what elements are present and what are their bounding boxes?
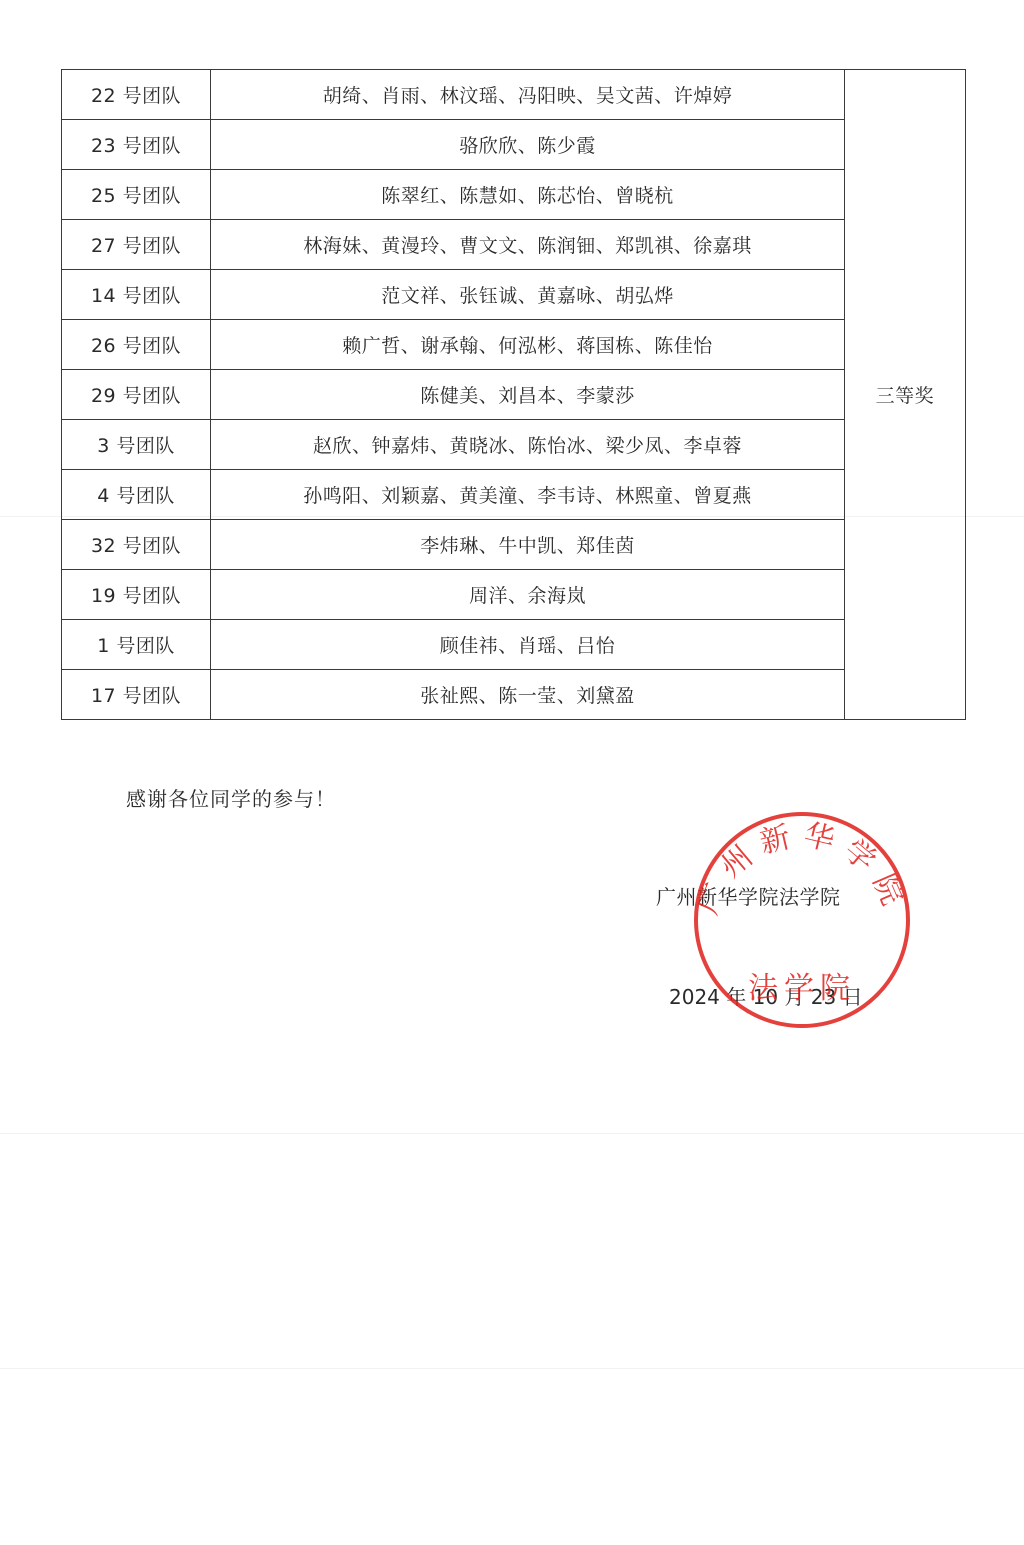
team-cell: 1 号团队 xyxy=(62,620,211,670)
members-cell: 顾佳祎、肖瑶、吕怡 xyxy=(211,620,845,670)
members-cell: 胡绮、肖雨、林汶瑶、冯阳映、吴文茜、许焯婷 xyxy=(211,70,845,120)
table-row: 29 号团队 陈健美、刘昌本、李蒙莎 xyxy=(62,370,966,420)
team-cell: 26 号团队 xyxy=(62,320,211,370)
members-cell: 陈健美、刘昌本、李蒙莎 xyxy=(211,370,845,420)
members-cell: 林海妹、黄漫玲、曹文文、陈润钿、郑凯祺、徐嘉琪 xyxy=(211,220,845,270)
members-cell: 骆欣欣、陈少霞 xyxy=(211,120,845,170)
members-cell: 孙鸣阳、刘颖嘉、黄美潼、李韦诗、林熙童、曾夏燕 xyxy=(211,470,845,520)
table-row: 26 号团队 赖广哲、谢承翰、何泓彬、蒋国栋、陈佳怡 xyxy=(62,320,966,370)
table-row: 27 号团队 林海妹、黄漫玲、曹文文、陈润钿、郑凯祺、徐嘉琪 xyxy=(62,220,966,270)
members-cell: 赵欣、钟嘉炜、黄晓冰、陈怡冰、梁少凤、李卓蓉 xyxy=(211,420,845,470)
award-table: 22 号团队 胡绮、肖雨、林汶瑶、冯阳映、吴文茜、许焯婷 三等奖 23 号团队 … xyxy=(61,69,966,720)
team-cell: 17 号团队 xyxy=(62,670,211,720)
table-row: 14 号团队 范文祥、张钰诚、黄嘉咏、胡弘烨 xyxy=(62,270,966,320)
signature-date: 2024 年 10 月 23 日 xyxy=(669,981,863,1010)
thanks-message: 感谢各位同学的参与！ xyxy=(126,783,336,812)
team-cell: 25 号团队 xyxy=(62,170,211,220)
table-row: 1 号团队 顾佳祎、肖瑶、吕怡 xyxy=(62,620,966,670)
team-cell: 22 号团队 xyxy=(62,70,211,120)
members-cell: 张祉熙、陈一莹、刘黛盈 xyxy=(211,670,845,720)
members-cell: 赖广哲、谢承翰、何泓彬、蒋国栋、陈佳怡 xyxy=(211,320,845,370)
table-row: 3 号团队 赵欣、钟嘉炜、黄晓冰、陈怡冰、梁少凤、李卓蓉 xyxy=(62,420,966,470)
table-row: 23 号团队 骆欣欣、陈少霞 xyxy=(62,120,966,170)
team-cell: 27 号团队 xyxy=(62,220,211,270)
team-cell: 19 号团队 xyxy=(62,570,211,620)
table-row: 19 号团队 周洋、余海岚 xyxy=(62,570,966,620)
team-cell: 4 号团队 xyxy=(62,470,211,520)
team-cell: 3 号团队 xyxy=(62,420,211,470)
table-row: 25 号团队 陈翠红、陈慧如、陈芯怡、曾晓杭 xyxy=(62,170,966,220)
members-cell: 周洋、余海岚 xyxy=(211,570,845,620)
members-cell: 陈翠红、陈慧如、陈芯怡、曾晓杭 xyxy=(211,170,845,220)
table-row: 22 号团队 胡绮、肖雨、林汶瑶、冯阳映、吴文茜、许焯婷 三等奖 xyxy=(62,70,966,120)
table-row: 17 号团队 张祉熙、陈一莹、刘黛盈 xyxy=(62,670,966,720)
members-cell: 范文祥、张钰诚、黄嘉咏、胡弘烨 xyxy=(211,270,845,320)
table-row: 32 号团队 李炜琳、牛中凯、郑佳茵 xyxy=(62,520,966,570)
table-row: 4 号团队 孙鸣阳、刘颖嘉、黄美潼、李韦诗、林熙童、曾夏燕 xyxy=(62,470,966,520)
award-cell: 三等奖 xyxy=(844,70,965,720)
members-cell: 李炜琳、牛中凯、郑佳茵 xyxy=(211,520,845,570)
team-cell: 14 号团队 xyxy=(62,270,211,320)
team-cell: 32 号团队 xyxy=(62,520,211,570)
scan-artifact-line xyxy=(0,1133,1024,1134)
team-cell: 23 号团队 xyxy=(62,120,211,170)
team-cell: 29 号团队 xyxy=(62,370,211,420)
signature-organization: 广州新华学院法学院 xyxy=(656,881,841,910)
scan-artifact-line xyxy=(0,1368,1024,1369)
